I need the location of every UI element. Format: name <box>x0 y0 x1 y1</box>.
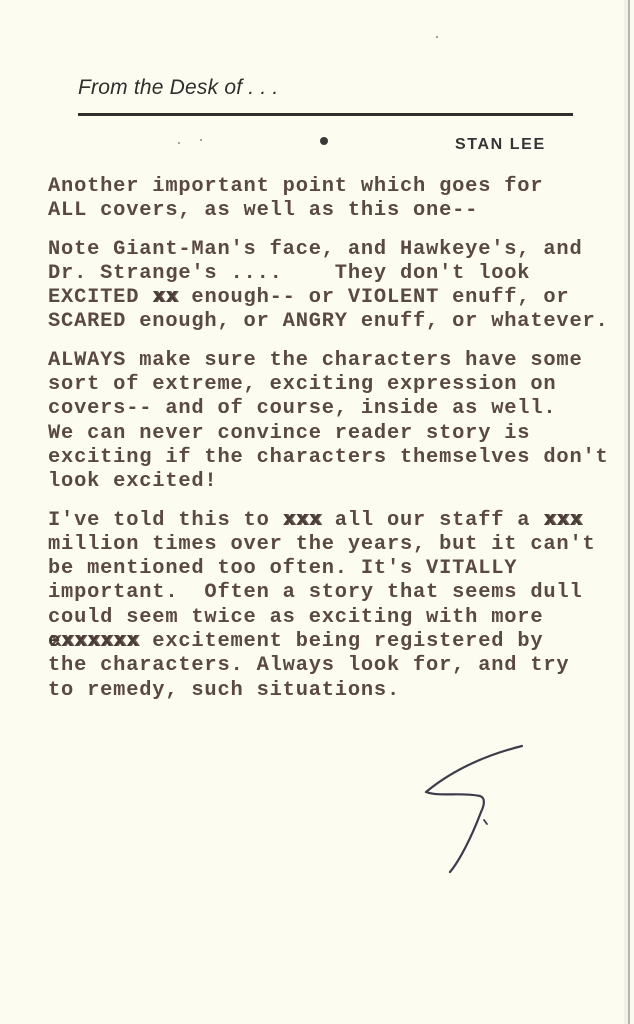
struck-out-text: xxx <box>543 509 582 533</box>
memo-line: sort of extreme, exciting expression on <box>48 373 609 397</box>
memo-line: be mentioned too often. It's VITALLY <box>48 557 609 581</box>
memo-line: We can never convince reader story is <box>48 422 609 446</box>
memo-line: important. Often a story that seems dull <box>48 581 609 605</box>
paper-speck <box>200 139 202 141</box>
memo-line: ALL covers, as well as this one-- <box>48 199 609 223</box>
letterhead-rule <box>78 113 573 116</box>
memo-line: covers-- and of course, inside as well. <box>48 397 609 421</box>
memo-text: I've told this to <box>48 509 283 532</box>
memo-line: look excited! <box>48 470 609 494</box>
memo-card: From the Desk of . . . STAN LEE Another … <box>0 0 630 1024</box>
memo-line: exxxxxx excitement being registered by <box>48 630 609 654</box>
paper-speck <box>178 142 180 144</box>
memo-line: EXCITED xx enough-- or VIOLENT enuff, or <box>48 286 609 310</box>
memo-line: exciting if the characters themselves do… <box>48 446 609 470</box>
memo-line: Note Giant-Man's face, and Hawkeye's, an… <box>48 238 609 262</box>
struck-out-text: xxx <box>283 509 322 533</box>
memo-paragraph: ALWAYS make sure the characters have som… <box>48 349 609 495</box>
letterhead-title: From the Desk of . . . <box>78 76 278 100</box>
memo-paragraph: Note Giant-Man's face, and Hawkeye's, an… <box>48 238 609 335</box>
card-edge-shadow <box>624 0 628 1024</box>
signature-initial-icon <box>420 740 560 880</box>
letterhead-name: STAN LEE <box>455 136 546 154</box>
memo-text: EXCITED <box>48 286 152 309</box>
memo-line: Another important point which goes for <box>48 175 609 199</box>
struck-out-text: exxxxxx <box>48 630 139 654</box>
memo-body: Another important point which goes forAL… <box>48 175 609 717</box>
memo-paragraph: I've told this to xxx all our staff a xx… <box>48 509 609 703</box>
memo-line: I've told this to xxx all our staff a xx… <box>48 509 609 533</box>
memo-text: excitement being registered by <box>139 630 543 653</box>
memo-line: SCARED enough, or ANGRY enuff, or whatev… <box>48 310 609 334</box>
struck-out-text: xx <box>152 286 178 310</box>
memo-line: the characters. Always look for, and try <box>48 654 609 678</box>
memo-line: ALWAYS make sure the characters have som… <box>48 349 609 373</box>
ink-dot <box>320 137 328 145</box>
memo-line: to remedy, such situations. <box>48 679 609 703</box>
memo-text: enough-- or VIOLENT enuff, or <box>178 286 569 309</box>
paper-speck <box>436 36 438 38</box>
memo-line: Dr. Strange's .... They don't look <box>48 262 609 286</box>
memo-paragraph: Another important point which goes forAL… <box>48 175 609 224</box>
memo-line: could seem twice as exciting with more <box>48 606 609 630</box>
memo-line: million times over the years, but it can… <box>48 533 609 557</box>
memo-text: all our staff a <box>322 509 544 532</box>
